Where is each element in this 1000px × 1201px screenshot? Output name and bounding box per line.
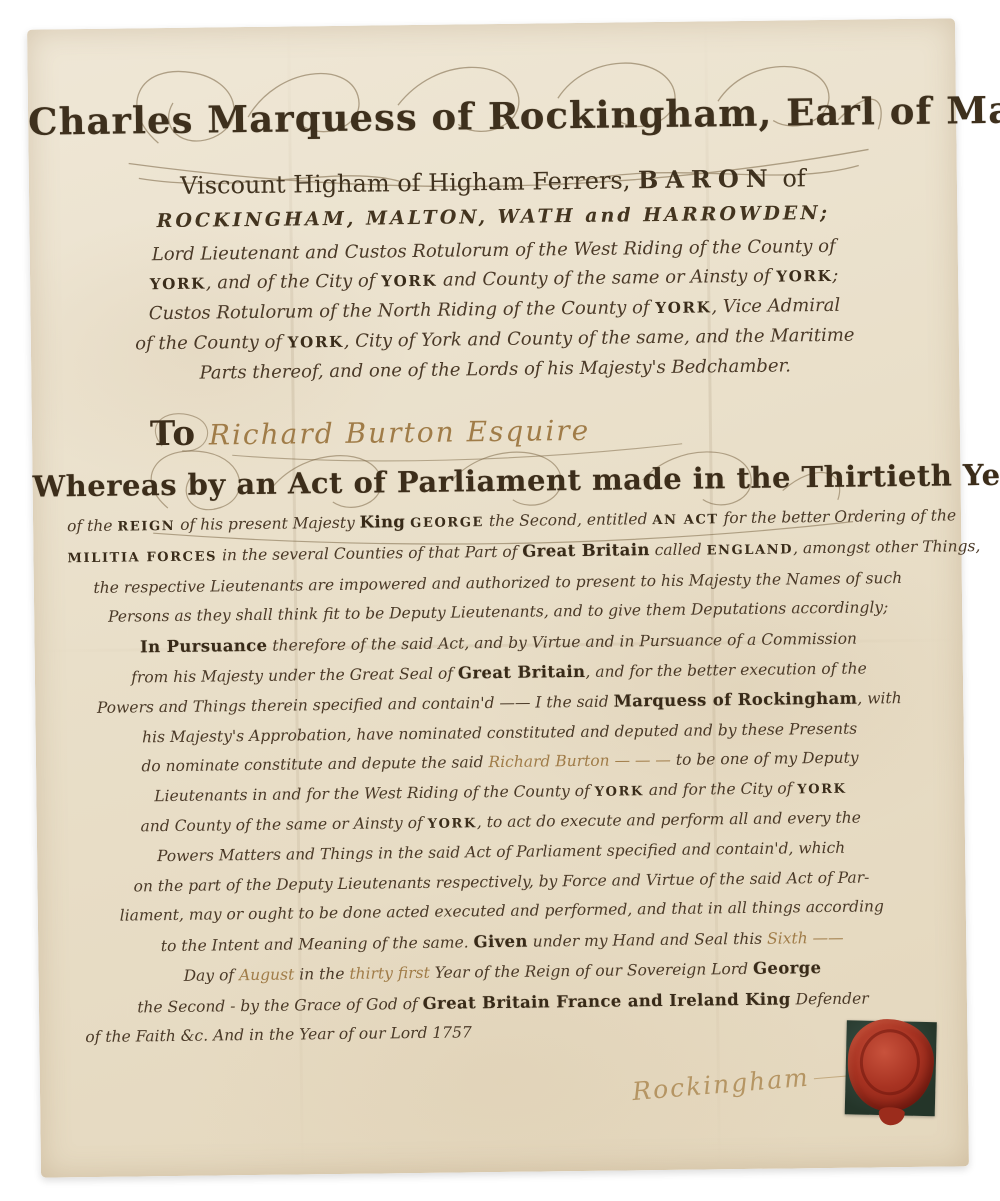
text-segment: Given [473,931,527,951]
text-segment: Powers and Things therein specified and … [97,693,614,717]
parchment-document: Charles Marquess of Rockingham, Earl of … [27,18,969,1177]
text-segment: , City of York and County of the same, a… [344,325,855,352]
text-segment: liament, may or ought to be done acted e… [120,898,884,925]
text-segment: , amongst other Things, [793,538,980,558]
text-segment: and County of the same or Ainsty of [437,266,776,291]
text-segment: YORK [381,272,437,291]
text-segment: and for the City of [644,779,798,799]
text-segment: — — — [609,751,675,770]
text-segment: AN ACT [652,512,718,528]
subtitle-text: Viscount Higham of Higham Ferrers, [180,166,638,200]
text-segment: King [360,512,406,532]
document-subtitle-1: Viscount Higham of Higham Ferrers, BARON… [29,161,957,201]
preamble-lines: Lord Lieutenant and Custos Rotulorum of … [64,231,926,389]
text-segment: his Majesty's Approbation, have nominate… [142,719,857,746]
text-segment: do nominate constitute and depute the sa… [141,753,488,775]
text-segment: to the Intent and Meaning of the same. [161,933,474,955]
text-segment: and County of the same or Ainsty of [140,814,427,836]
text-segment: Year of the Reign of our Sovereign Lord [430,960,753,982]
text-segment: In Pursuance [140,635,268,656]
text-segment: , and for the better execution of the [585,660,866,681]
text-segment: , and of the City of [206,270,382,293]
text-segment: of the [67,517,118,536]
text-segment: YORK [288,333,344,352]
text-segment: ; [832,265,838,286]
red-wax-seal [847,1018,935,1112]
text-segment: on the part of the Deputy Lieutenants re… [134,868,870,895]
body-lines: of the REIGN of his present Majesty King… [67,501,934,1053]
text-segment: Persons as they shall think fit to be De… [108,598,889,626]
addressee-line: To Richard Burton Esquire [150,409,591,454]
text-segment: George [753,958,822,978]
document-subtitle-2: ROCKINGHAM, MALTON, WATH and HARROWDEN; [29,200,957,233]
text-segment: Sixth —— [767,928,844,947]
text-segment: called [650,541,707,560]
text-segment: YORK [428,816,477,832]
text-segment: Lord Lieutenant and Custos Rotulorum of … [152,236,836,265]
seal-backing-square [845,1020,937,1116]
text-segment: , to act do execute and perform all and … [477,809,861,832]
text-segment: Great Britain [522,541,650,562]
subtitle-text: of [775,164,806,192]
whereas-heading: Whereas by an Act of Parliament made in … [32,458,960,503]
text-segment: Custos Rotulorum of the North Riding of … [149,297,656,324]
text-segment: for the better Ordering of the [719,506,957,527]
text-segment: YORK [776,267,832,286]
text-segment: YORK [797,781,846,797]
text-segment: Marquess of Rockingham [614,689,858,711]
text-segment: YORK [595,784,644,800]
text-segment: therefore of the said Act, and by Virtue… [267,629,857,654]
text-segment: of the Faith &c. And in the Year of our … [85,1023,472,1046]
text-segment: Great Britain [458,662,586,683]
text-segment: Richard Burton [488,752,609,771]
text-segment: GEORGE [410,515,484,531]
signature-text: Rockingham [631,1063,811,1106]
text-segment: Day of [184,966,240,985]
text-segment: to be one of my Deputy [676,749,859,769]
text-segment: Richard Burton Esquire [209,414,591,452]
text-segment: the Second - by the Grace of God of [137,994,423,1015]
text-segment: YORK [655,298,711,317]
text-segment: Great Britain France and Ireland King [423,989,791,1012]
wax-drip [878,1107,904,1126]
text-segment: , Vice Admiral [711,295,840,318]
text-segment: To [150,414,209,455]
text-segment: of his present Majesty [175,514,360,534]
text-segment: Parts thereof, and one of the Lords of h… [199,355,791,383]
text-segment: YORK [150,275,206,294]
subtitle-baron: BARON [638,164,775,195]
text-segment: the Second, entitled [484,510,653,530]
document-title: Charles Marquess of Rockingham, Earl of … [28,88,956,143]
text-segment: in the [294,965,349,984]
document-photo: { "heading": { "title": "Charles Marques… [0,0,1000,1201]
text-segment: under my Hand and Seal this [528,929,768,950]
text-segment: Powers Matters and Things in the said Ac… [157,839,845,865]
text-segment: from his Majesty under the Great Seal of [131,665,458,687]
text-segment: MILITIA FORCES [67,550,217,567]
text-segment: the respective Lieutenants are impowered… [93,569,902,597]
text-segment: REIGN [117,519,175,535]
text-segment: August [239,966,294,985]
text-segment: Lieutenants in and for the West Riding o… [154,781,595,804]
text-segment: in the several Counties of that Part of [217,543,522,565]
text-segment: , with [857,690,902,709]
text-segment: thirty first [349,964,430,983]
text-segment: ENGLAND [706,543,793,559]
text-segment: Defender [791,989,869,1008]
text-segment: of the County of [135,332,288,355]
